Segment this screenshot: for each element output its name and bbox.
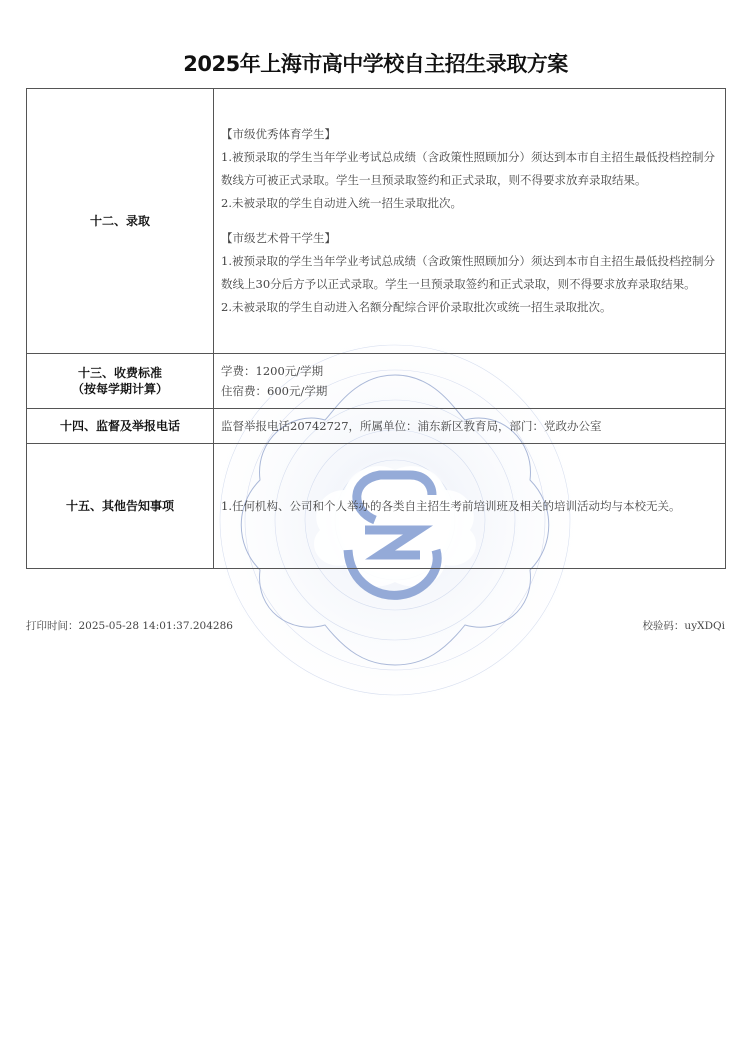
- boarding-fee: 住宿费：600元/学期: [221, 381, 715, 401]
- tuition-fee: 学费：1200元/学期: [221, 361, 715, 381]
- admission-plan-table: 十二、录取 【市级优秀体育学生】 1.被预录取的学生当年学业考试总成绩（含政策性…: [26, 88, 726, 569]
- section-content-other-notices: 1.任何机构、公司和个人举办的各类自主招生考前培训班及相关的培训活动均与本校无关…: [214, 444, 726, 569]
- other-notice: 1.任何机构、公司和个人举办的各类自主招生考前培训班及相关的培训活动均与本校无关…: [221, 495, 715, 518]
- section-label-admission: 十二、录取: [27, 89, 214, 354]
- section-label-supervision: 十四、监督及举报电话: [27, 409, 214, 444]
- section-content-admission: 【市级优秀体育学生】 1.被预录取的学生当年学业考试总成绩（含政策性照顾加分）须…: [214, 89, 726, 354]
- table-row: 十二、录取 【市级优秀体育学生】 1.被预录取的学生当年学业考试总成绩（含政策性…: [27, 89, 726, 354]
- group-item: 2.未被录取的学生自动进入统一招生录取批次。: [221, 192, 715, 215]
- group-heading-sports: 【市级优秀体育学生】: [221, 123, 715, 146]
- table-row: 十四、监督及举报电话 监督举报电话20742727，所属单位：浦东新区教育局，部…: [27, 409, 726, 444]
- section-label-other-notices: 十五、其他告知事项: [27, 444, 214, 569]
- section-content-supervision: 监督举报电话20742727，所属单位：浦东新区教育局，部门：党政办公室: [214, 409, 726, 444]
- group-heading-arts: 【市级艺术骨干学生】: [221, 227, 715, 250]
- section-label-fees: 十三、收费标准 （按每学期计算）: [27, 354, 214, 409]
- group-item: 1.被预录取的学生当年学业考试总成绩（含政策性照顾加分）须达到本市自主招生最低投…: [221, 146, 715, 192]
- verify-code: 校验码：uyXDQi: [642, 618, 725, 633]
- group-item: 1.被预录取的学生当年学业考试总成绩（含政策性照顾加分）须达到本市自主招生最低投…: [221, 250, 715, 296]
- document-title: 2025年上海市高中学校自主招生录取方案: [0, 48, 751, 78]
- section-label-fees-line1: 十三、收费标准: [27, 365, 213, 381]
- spacer: [221, 215, 715, 227]
- table-row: 十五、其他告知事项 1.任何机构、公司和个人举办的各类自主招生考前培训班及相关的…: [27, 444, 726, 569]
- table-row: 十三、收费标准 （按每学期计算） 学费：1200元/学期 住宿费：600元/学期: [27, 354, 726, 409]
- supervision-hotline: 监督举报电话20742727，所属单位：浦东新区教育局，部门：党政办公室: [221, 415, 715, 438]
- group-item: 2.未被录取的学生自动进入名额分配综合评价录取批次或统一招生录取批次。: [221, 296, 715, 319]
- section-label-fees-line2: （按每学期计算）: [27, 381, 213, 397]
- section-content-fees: 学费：1200元/学期 住宿费：600元/学期: [214, 354, 726, 409]
- print-time: 打印时间：2025-05-28 14:01:37.204286: [26, 618, 233, 633]
